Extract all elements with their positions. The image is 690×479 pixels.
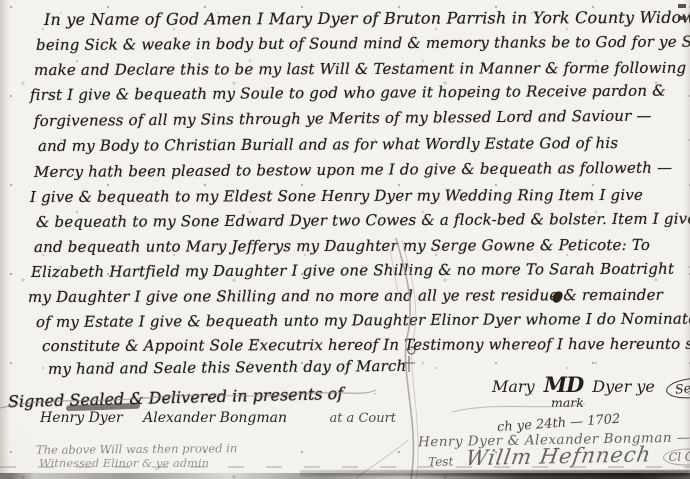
- probate-note: The above Will was then proved in: [36, 441, 237, 457]
- manuscript-line: make and Declare this to be my last Will…: [34, 59, 686, 79]
- manuscript-line: and bequeath unto Mary Jefferys my Daugh…: [34, 236, 650, 256]
- manuscript-line: & bequeath to my Sone Edward Dyer two Co…: [36, 210, 690, 231]
- manuscript-line: In ye Name of God Amen I Mary Dyer of Br…: [44, 8, 690, 29]
- manuscript-line: my Daughter I give one Shilling and no m…: [28, 286, 663, 306]
- scanned-will-document: In ye Name of God Amen I Mary Dyer of Br…: [0, 0, 690, 479]
- scan-corner-marks: [678, 4, 686, 30]
- manuscript-line: constitute & Appoint Sole Executrix here…: [42, 335, 690, 355]
- testator-signature-block: Mary MD Dyer ye Seale: [492, 372, 690, 398]
- manuscript-line: Mercy hath been pleased to bestow upon m…: [34, 159, 672, 181]
- attestation-line: Signed Sealed & Delivered in presents of: [8, 384, 344, 411]
- manuscript-line: I give & bequeath to my Eldest Sone Henr…: [30, 186, 643, 206]
- manuscript-line: being Sick & weake in body but of Sound …: [36, 32, 690, 54]
- mark-caption: mark: [551, 395, 584, 410]
- signature-name: Dyer ye: [592, 377, 655, 396]
- signature-mark-initials: MD: [544, 372, 583, 397]
- manuscript-line: of my Estate I give & bequeath unto my D…: [36, 310, 690, 331]
- witness-name: Alexander Bongman: [143, 410, 287, 426]
- court-note: at a Court: [329, 411, 396, 426]
- manuscript-line: first I give & bequeath my Soule to god …: [30, 82, 666, 104]
- manuscript-line: forgiveness of all my Sins through ye Me…: [34, 107, 652, 130]
- scan-edge-shadow: [300, 470, 690, 476]
- witness-name: Henry Dyer: [40, 410, 123, 426]
- signature-name: Mary: [492, 377, 535, 396]
- manuscript-line: and my Body to Christian Buriall and as …: [38, 134, 618, 155]
- clerk-title: Cl Cur: [662, 448, 690, 466]
- manuscript-line: my hand and Seale this Seventh day of Ma…: [48, 357, 407, 378]
- witness-signatures-row: Henry Dyer Alexander Bongman at a Court: [40, 410, 396, 426]
- manuscript-line: Elizabeth Hartfield my Daughter I give o…: [31, 260, 674, 281]
- seal-oval: Seale: [665, 375, 690, 400]
- scan-streak: [0, 466, 690, 468]
